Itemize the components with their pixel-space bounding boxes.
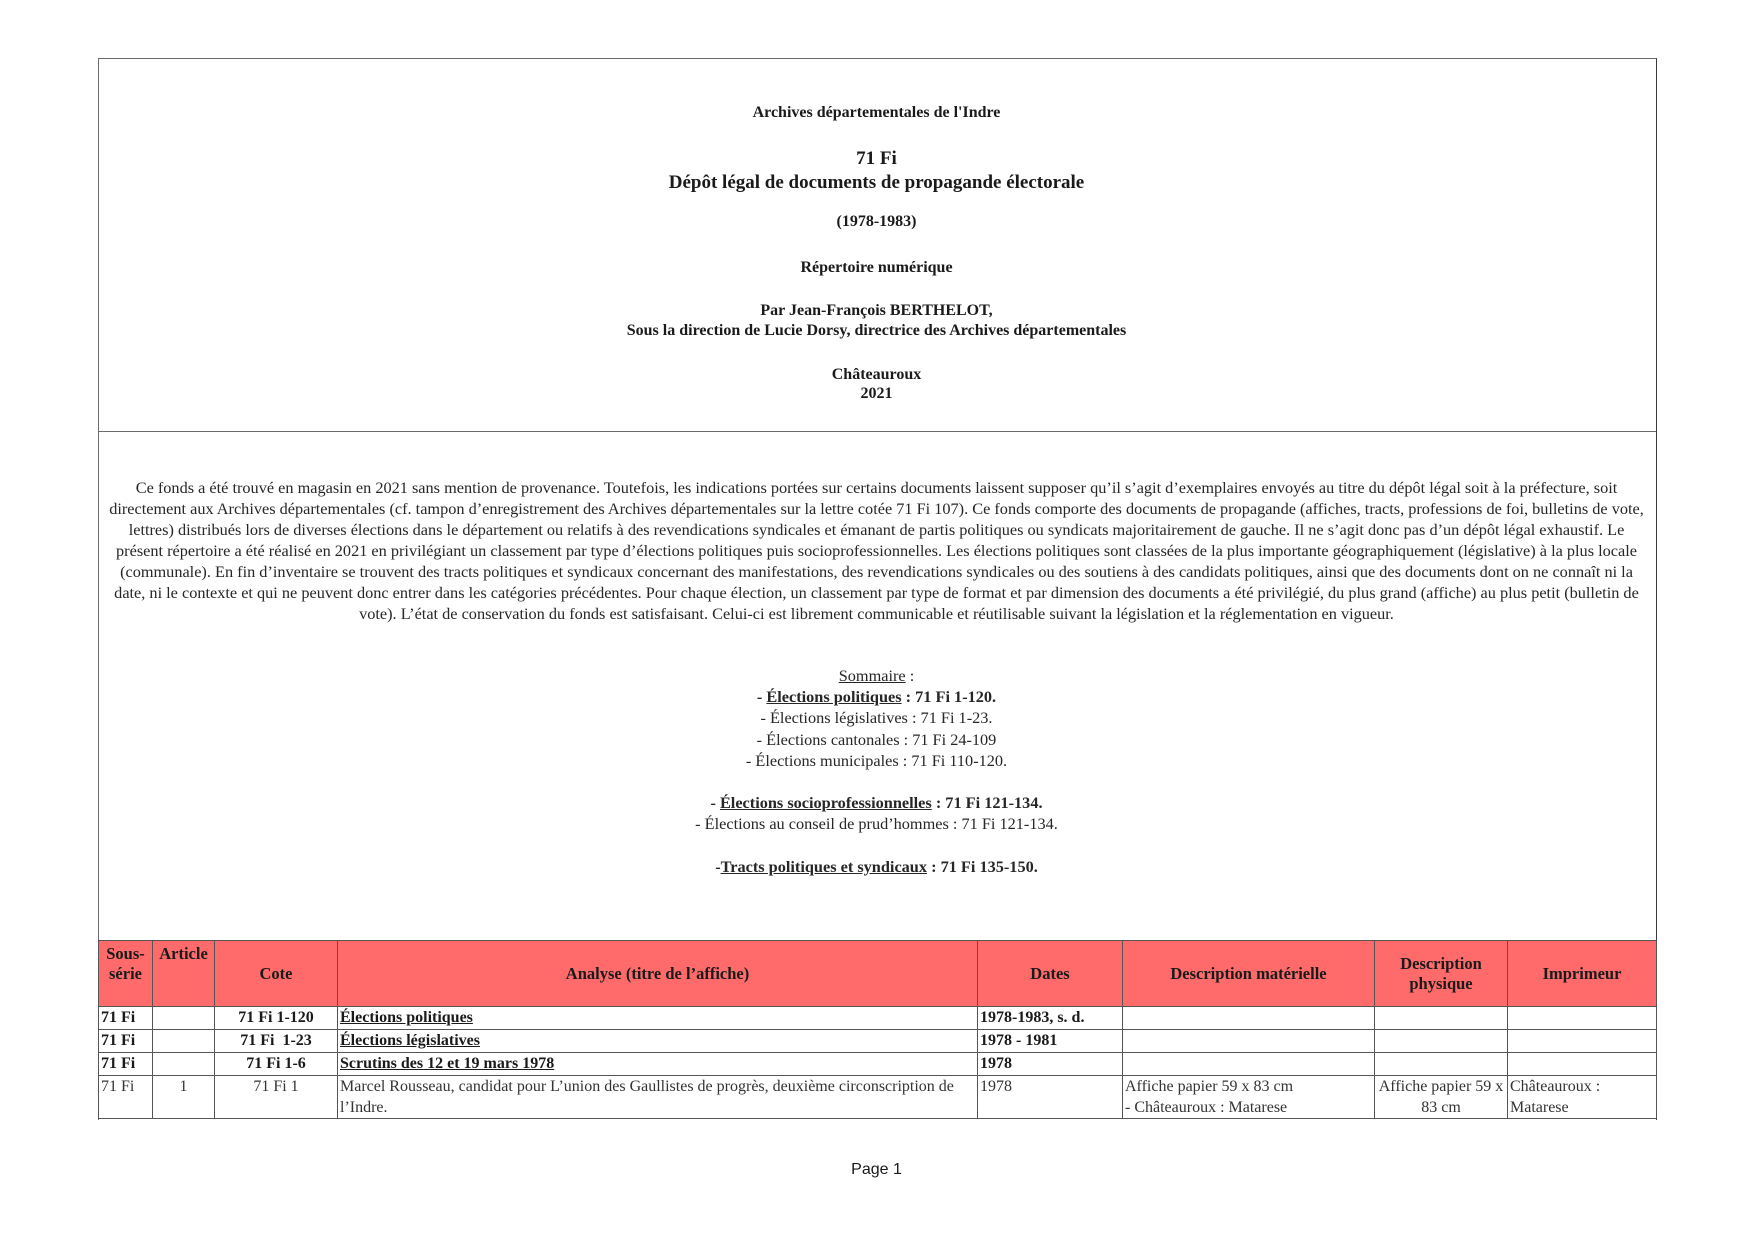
table-header-row: Sous-série Article Cote Analyse (titre d… — [99, 941, 1657, 1007]
summary-item: - Élections au conseil de prud’hommes : … — [98, 813, 1655, 834]
cell-cote: 71 Fi 1 — [215, 1076, 338, 1119]
document-type: Répertoire numérique — [98, 259, 1655, 277]
year: 2021 — [98, 385, 1655, 403]
summary-section-title[interactable]: Élections politiques — [766, 687, 901, 706]
col-header-article[interactable]: Article — [153, 941, 215, 1007]
cell-analyse: Élections législatives — [338, 1030, 978, 1053]
cell-imprimeur — [1508, 1030, 1657, 1053]
cell-article — [153, 1030, 215, 1053]
fonds-code: 71 Fi — [98, 148, 1655, 170]
summary-item: - Élections législatives : 71 Fi 1-23. — [98, 707, 1655, 728]
cell-sous-serie: 71 Fi — [99, 1007, 153, 1030]
fonds-dates: (1978-1983) — [98, 213, 1655, 231]
cell-article — [153, 1053, 215, 1076]
direction-line: Sous la direction de Lucie Dorsy, direct… — [98, 322, 1655, 340]
summary-section-socioprofessional: - Élections socioprofessionnelles : 71 F… — [98, 792, 1655, 813]
cell-dates: 1978 - 1981 — [978, 1030, 1123, 1053]
table-row: 71 Fi 71 Fi 1-120 Élections politiques 1… — [99, 1007, 1657, 1030]
place: Châteauroux — [98, 366, 1655, 384]
cell-sous-serie: 71 Fi — [99, 1053, 153, 1076]
description-materielle-line: - Châteauroux : Matarese — [1125, 1097, 1372, 1118]
cell-dates: 1978 — [978, 1076, 1123, 1119]
summary-section-title[interactable]: Tracts politiques et syndicaux — [721, 857, 927, 876]
cell-cote: 71 Fi 1-23 — [215, 1030, 338, 1053]
cell-cote: 71 Fi 1-6 — [215, 1053, 338, 1076]
cell-imprimeur: Châteauroux : Matarese — [1508, 1076, 1657, 1119]
col-header-imprimeur[interactable]: Imprimeur — [1508, 941, 1657, 1007]
cell-analyse: Élections politiques — [338, 1007, 978, 1030]
table-row: 71 Fi 71 Fi 1-23 Élections législatives … — [99, 1030, 1657, 1053]
col-header-description-materielle[interactable]: Description matérielle — [1123, 941, 1375, 1007]
table-row: 71 Fi 1 71 Fi 1 Marcel Rousseau, candida… — [99, 1076, 1657, 1119]
col-header-cote[interactable]: Cote — [215, 941, 338, 1007]
cell-description-materielle: Affiche papier 59 x 83 cm - Châteauroux … — [1123, 1076, 1375, 1119]
cell-cote: 71 Fi 1-120 — [215, 1007, 338, 1030]
cell-dates: 1978 — [978, 1053, 1123, 1076]
cell-description-materielle — [1123, 1030, 1375, 1053]
cell-analyse: Scrutins des 12 et 19 mars 1978 — [338, 1053, 978, 1076]
description-materielle-line: Affiche papier 59 x 83 cm — [1125, 1076, 1372, 1097]
summary-spacer — [98, 771, 1655, 792]
cell-sous-serie: 71 Fi — [99, 1076, 153, 1119]
col-header-sous-serie[interactable]: Sous-série — [99, 941, 153, 1007]
col-header-description-physique[interactable]: Description physique — [1375, 941, 1508, 1007]
summary-item: - Élections municipales : 71 Fi 110-120. — [98, 750, 1655, 771]
cell-article — [153, 1007, 215, 1030]
institution-name: Archives départementales de l'Indre — [98, 104, 1655, 122]
summary-section-tracts: -Tracts politiques et syndicaux : 71 Fi … — [98, 856, 1655, 877]
fonds-title: Dépôt légal de documents de propagande é… — [98, 172, 1655, 194]
cell-sous-serie: 71 Fi — [99, 1030, 153, 1053]
summary-section-political: - Élections politiques : 71 Fi 1-120. — [98, 686, 1655, 707]
cell-article: 1 — [153, 1076, 215, 1119]
cell-description-materielle — [1123, 1007, 1375, 1030]
table-row: 71 Fi 71 Fi 1-6 Scrutins des 12 et 19 ma… — [99, 1053, 1657, 1076]
cell-description-physique — [1375, 1030, 1508, 1053]
summary-heading: Sommaire : — [98, 665, 1655, 686]
col-header-analyse[interactable]: Analyse (titre de l’affiche) — [338, 941, 978, 1007]
cell-imprimeur — [1508, 1007, 1657, 1030]
cell-dates: 1978-1983, s. d. — [978, 1007, 1123, 1030]
summary: Sommaire : - Élections politiques : 71 F… — [98, 665, 1655, 877]
introduction-paragraph: Ce fonds a été trouvé en magasin en 2021… — [108, 477, 1645, 624]
cell-description-physique — [1375, 1053, 1508, 1076]
title-divider — [98, 431, 1656, 432]
page-number: Page 1 — [0, 1161, 1753, 1179]
cell-imprimeur — [1508, 1053, 1657, 1076]
summary-item: - Élections cantonales : 71 Fi 24-109 — [98, 729, 1655, 750]
summary-section-title[interactable]: Élections socioprofessionnelles — [720, 793, 932, 812]
col-header-dates[interactable]: Dates — [978, 941, 1123, 1007]
summary-spacer — [98, 835, 1655, 856]
cell-description-materielle — [1123, 1053, 1375, 1076]
cell-analyse: Marcel Rousseau, candidat pour L’union d… — [338, 1076, 978, 1119]
inventory-table: Sous-série Article Cote Analyse (titre d… — [98, 940, 1657, 1119]
cell-description-physique: Affiche papier 59 x 83 cm — [1375, 1076, 1508, 1119]
cell-description-physique — [1375, 1007, 1508, 1030]
author-line: Par Jean-François BERTHELOT, — [98, 302, 1655, 320]
